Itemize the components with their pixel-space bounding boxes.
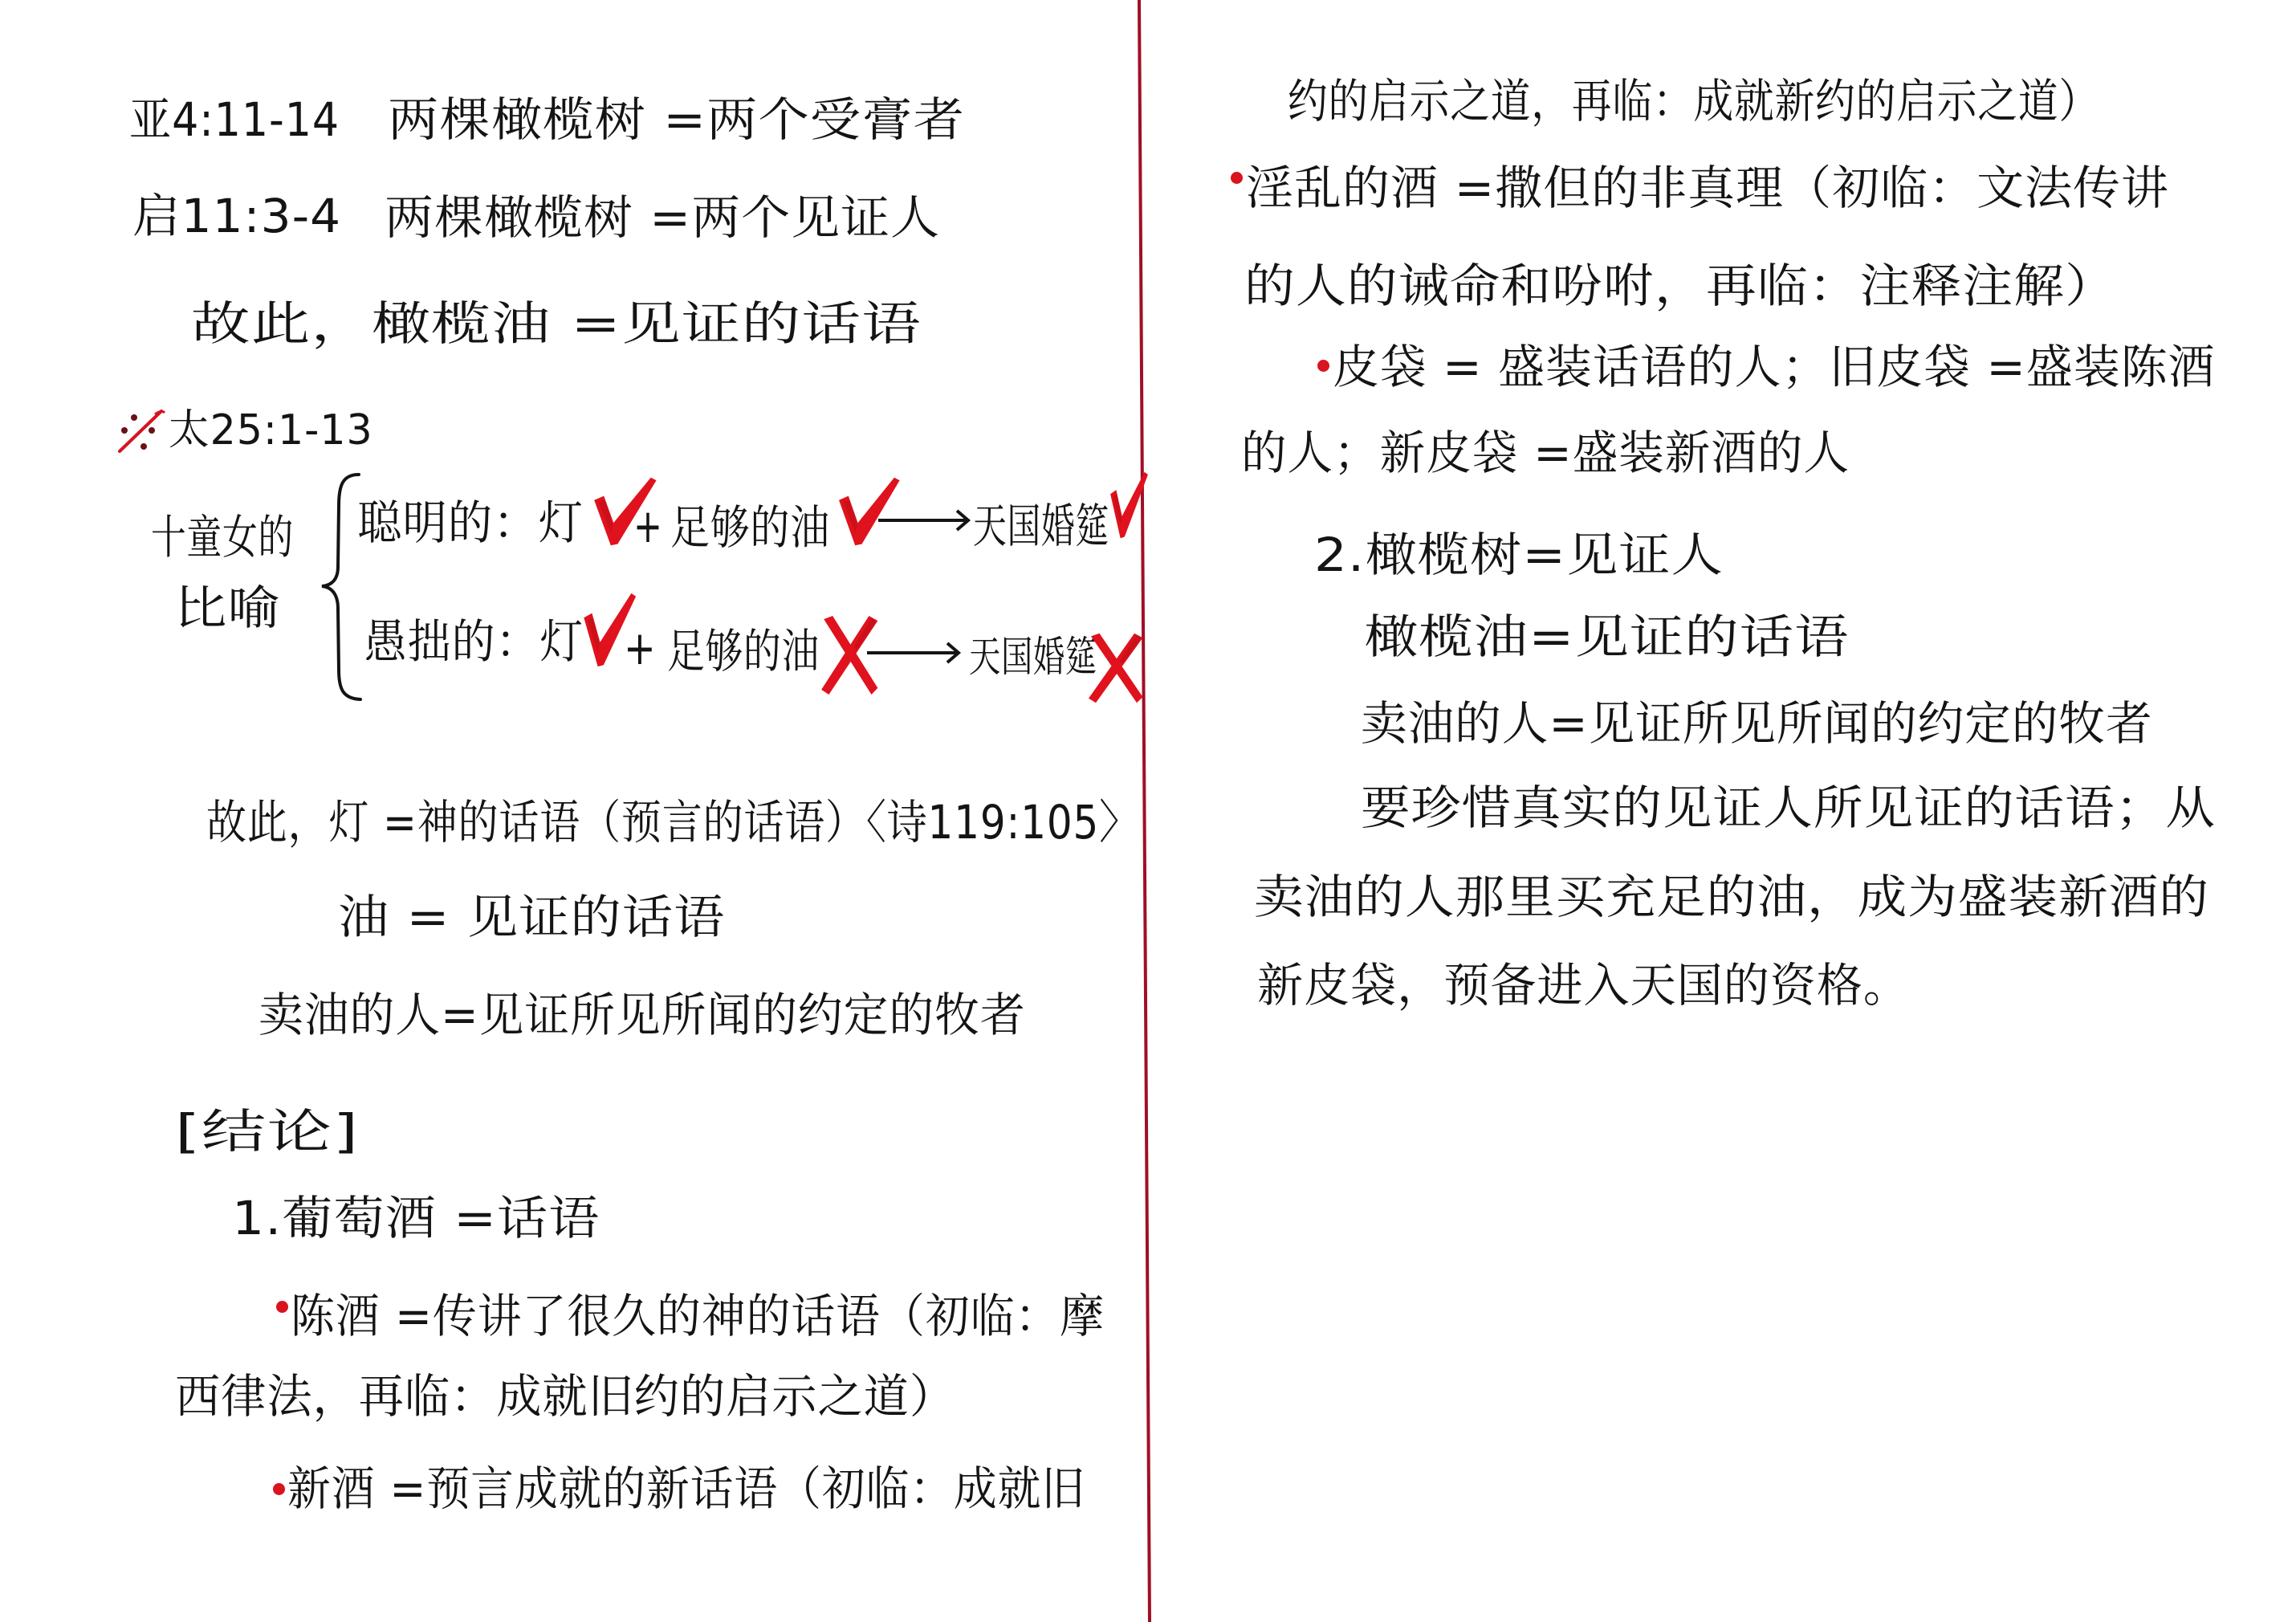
new-wine-line-2: 约的启示之道，再临：成就新约的启示之道） — [1288, 78, 2099, 124]
reference-mark-icon — [116, 406, 166, 454]
wineskin-line-2: 的人；新皮袋 =盛装新酒的人 — [1241, 430, 1850, 476]
conclusion-point-2: 2.橄榄树=见证人 — [1314, 532, 1724, 578]
plus-sign: + — [624, 625, 657, 671]
old-wine-line-2: 西律法，再临：成就旧约的启示之道） — [175, 1373, 955, 1420]
therefore-oil-statement: 故此，橄榄油 =见证的话语 — [191, 300, 922, 347]
parable-reference: 太25:1-13 — [169, 410, 373, 451]
cross-icon — [1086, 632, 1146, 704]
oil-label: 足够的油 — [667, 628, 820, 674]
result-label: 天国婚筵 — [969, 637, 1097, 679]
cherish-line-1: 要珍惜真实的见证人所见证的话语；从 — [1361, 785, 2216, 831]
arrow-right-icon — [865, 638, 962, 667]
result-label: 天国婚筵 — [973, 503, 1109, 549]
parable-title-line1: 十童女的 — [151, 514, 294, 560]
bullet-icon — [276, 1301, 288, 1313]
parable-title-line2: 比喻 — [174, 585, 281, 631]
new-wine-line-1: 新酒 =预言成就的新话语（初临：成就旧 — [287, 1465, 1085, 1512]
old-wine-line-1: 陈酒 =传讲了很久的神的话语（初临：摩 — [291, 1293, 1105, 1339]
conclusion-heading: [结论] — [175, 1108, 359, 1155]
reference-statement: 两棵橄榄树 =两个见证人 — [385, 194, 940, 241]
scripture-ref: 亚4:11-14 — [129, 96, 340, 143]
lewd-wine-line-2: 的人的诫命和吩咐，再临：注释注解） — [1244, 263, 2116, 309]
oil-seller-statement: 卖油的人=见证所见所闻的约定的牧者 — [259, 992, 1026, 1038]
conclusion-point-1: 1.葡萄酒 =话语 — [232, 1195, 600, 1241]
cherish-line-3: 新皮袋，预备进入天国的资格。 — [1257, 962, 1910, 1009]
plus-sign: + — [633, 503, 663, 549]
wineskin-line-1: 皮袋 = 盛装话语的人；旧皮袋 =盛装陈酒 — [1333, 344, 2216, 390]
bullet-icon — [273, 1483, 285, 1495]
check-icon — [1108, 471, 1150, 540]
cherish-line-2: 卖油的人那里买充足的油，成为盛装新酒的 — [1254, 874, 2209, 920]
oil-label: 足够的油 — [670, 504, 830, 551]
lewd-wine-line-1: 淫乱的酒 =撒但的非真理（初临：文法传讲 — [1246, 165, 2169, 211]
scripture-ref: 启11:3-4 — [132, 193, 341, 239]
group-label: 愚拙的：灯 — [364, 618, 584, 665]
bullet-icon — [1317, 360, 1329, 372]
oil-statement: 油 = 见证的话语 — [338, 894, 726, 940]
reference-statement: 两棵橄榄树 =两个受膏者 — [388, 96, 965, 143]
arrow-right-icon — [877, 506, 971, 535]
bullet-icon — [1231, 172, 1243, 184]
olive-oil-statement: 橄榄油=见证的话语 — [1364, 613, 1850, 660]
therefore-lamp-statement: 故此，灯 =神的话语（预言的话语）〈诗119:105〉 — [206, 799, 1140, 846]
group-label: 聪明的：灯 — [357, 499, 584, 546]
oil-seller-statement: 卖油的人=见证所见所闻的约定的牧者 — [1361, 700, 2153, 747]
